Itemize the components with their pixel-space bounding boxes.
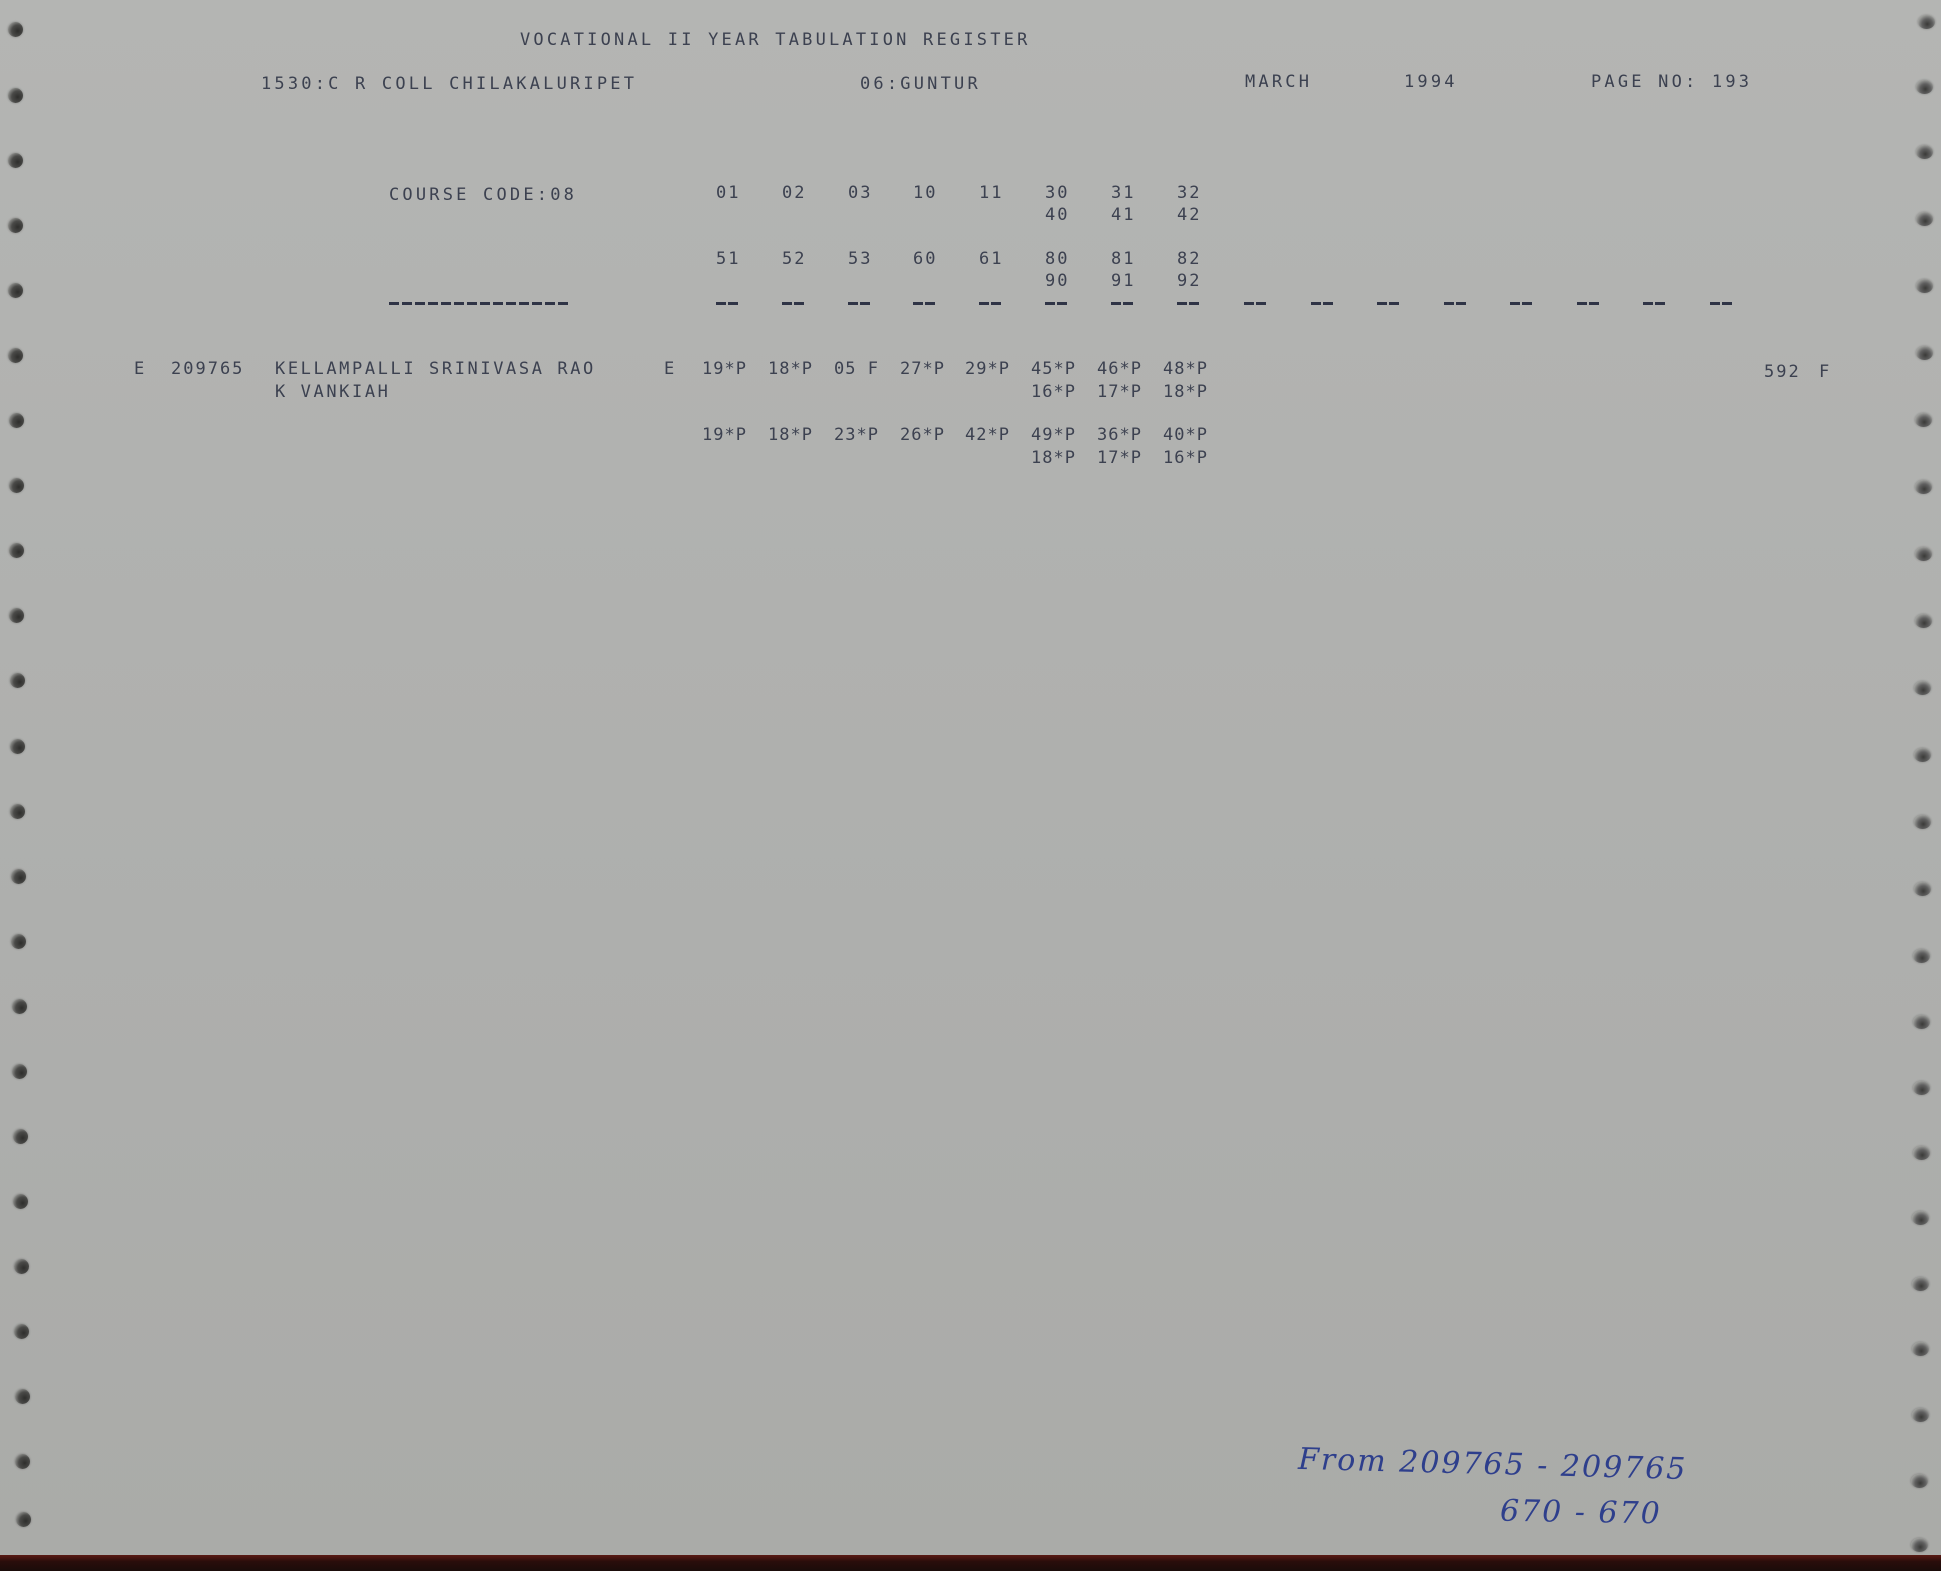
feed-hole-icon — [1911, 1538, 1928, 1552]
feed-hole-icon — [1915, 547, 1932, 561]
student-category: E — [134, 359, 147, 379]
feed-hole-icon — [1912, 1408, 1929, 1422]
subject-code: 40 — [1045, 205, 1069, 225]
feed-hole-icon — [15, 1389, 30, 1404]
feed-hole-icon — [9, 413, 24, 428]
subject-code: 61 — [979, 249, 1003, 269]
mark: 27*P — [900, 359, 945, 379]
subject-code: 42 — [1177, 205, 1201, 225]
subject-code: 52 — [782, 249, 806, 269]
mark: 40*P — [1163, 425, 1208, 445]
feed-hole-icon — [1916, 80, 1933, 94]
feed-hole-icon — [1913, 949, 1930, 963]
feed-hole-icon — [1916, 145, 1933, 159]
feed-hole-icon — [11, 869, 26, 884]
mark: 19*P — [702, 425, 747, 445]
subject-code: 01 — [716, 183, 740, 203]
feed-hole-icon — [1911, 1474, 1928, 1488]
subject-code: 03 — [848, 183, 872, 203]
feed-hole-icon — [1913, 1146, 1930, 1160]
feed-hole-icon — [13, 1129, 28, 1144]
feed-hole-icon — [9, 543, 24, 558]
medium: E — [664, 359, 677, 379]
mark: 29*P — [965, 359, 1010, 379]
feed-hole-icon — [9, 478, 24, 493]
subject-code: 91 — [1111, 271, 1135, 291]
subject-code: 90 — [1045, 271, 1069, 291]
mark: 18*P — [768, 425, 813, 445]
feed-hole-icon — [1914, 882, 1931, 896]
feed-hole-icon — [15, 1454, 30, 1469]
subject-code: 60 — [913, 249, 937, 269]
exam-month: MARCH — [1245, 72, 1312, 92]
feed-hole-icon — [10, 739, 25, 754]
subject-code: 81 — [1111, 249, 1135, 269]
mark: 45*P — [1031, 359, 1076, 379]
feed-hole-icon — [1915, 480, 1932, 494]
subject-code: 10 — [913, 183, 937, 203]
mark: 18*P — [1031, 448, 1076, 468]
feed-hole-icon — [8, 88, 23, 103]
mark: 16*P — [1031, 382, 1076, 402]
feed-hole-icon — [8, 153, 23, 168]
feed-hole-icon — [8, 22, 23, 37]
feed-hole-icon — [1915, 413, 1932, 427]
feed-hole-icon — [1916, 212, 1933, 226]
feed-hole-icon — [1912, 1277, 1929, 1291]
handwritten-count-range: 670 - 670 — [1500, 1494, 1662, 1532]
feed-hole-icon — [14, 1324, 29, 1339]
mark: 17*P — [1097, 448, 1142, 468]
mark: 23*P — [834, 425, 879, 445]
father-name: K VANKIAH — [275, 382, 391, 402]
subject-code: 53 — [848, 249, 872, 269]
subject-code: 32 — [1177, 183, 1201, 203]
subject-code: 41 — [1111, 205, 1135, 225]
mark: 18*P — [1163, 382, 1208, 402]
roll-number: 209765 — [171, 359, 244, 379]
mark: 36*P — [1097, 425, 1142, 445]
feed-hole-icon — [1914, 748, 1931, 762]
subject-code: 11 — [979, 183, 1003, 203]
table-surface-edge — [0, 1555, 1941, 1571]
mark: 42*P — [965, 425, 1010, 445]
feed-hole-icon — [8, 348, 23, 363]
feed-hole-icon — [1914, 681, 1931, 695]
feed-hole-icon — [12, 1064, 27, 1079]
register-title: VOCATIONAL II YEAR TABULATION REGISTER — [520, 30, 1031, 50]
feed-hole-icon — [1914, 815, 1931, 829]
mark: 05 F — [834, 359, 879, 379]
student-name: KELLAMPALLI SRINIVASA RAO — [275, 359, 596, 379]
course-code-label: COURSE CODE:08 — [389, 185, 577, 205]
subject-code: 92 — [1177, 271, 1201, 291]
feed-hole-icon — [1913, 1015, 1930, 1029]
feed-hole-icon — [12, 999, 27, 1014]
feed-hole-icon — [9, 608, 24, 623]
mark: 18*P — [768, 359, 813, 379]
feed-hole-icon — [8, 218, 23, 233]
subject-code: 30 — [1045, 183, 1069, 203]
mark: 16*P — [1163, 448, 1208, 468]
feed-hole-icon — [1918, 15, 1935, 29]
total-marks: 592 — [1764, 362, 1801, 382]
feed-hole-icon — [13, 1194, 28, 1209]
result-status: F — [1819, 362, 1832, 382]
subject-code: 80 — [1045, 249, 1069, 269]
feed-hole-icon — [8, 283, 23, 298]
feed-hole-icon — [1913, 1081, 1930, 1095]
feed-hole-icon — [14, 1259, 29, 1274]
district-name: 06:GUNTUR — [860, 74, 981, 94]
mark: 49*P — [1031, 425, 1076, 445]
exam-year: 1994 — [1404, 72, 1458, 92]
mark: 46*P — [1097, 359, 1142, 379]
feed-hole-icon — [1916, 346, 1933, 360]
feed-hole-icon — [1912, 1211, 1929, 1225]
mark: 48*P — [1163, 359, 1208, 379]
subject-code: 31 — [1111, 183, 1135, 203]
mark: 19*P — [702, 359, 747, 379]
feed-hole-icon — [10, 673, 25, 688]
feed-hole-icon — [10, 804, 25, 819]
college-name: 1530:C R COLL CHILAKALURIPET — [261, 74, 637, 94]
mark: 26*P — [900, 425, 945, 445]
printout-page: VOCATIONAL II YEAR TABULATION REGISTER 1… — [0, 0, 1941, 1555]
subject-code: 02 — [782, 183, 806, 203]
feed-hole-icon — [11, 934, 26, 949]
mark: 17*P — [1097, 382, 1142, 402]
feed-hole-icon — [1912, 1342, 1929, 1356]
subject-code: 51 — [716, 249, 740, 269]
feed-hole-icon — [1915, 614, 1932, 628]
page-number: PAGE NO: 193 — [1591, 72, 1752, 92]
feed-hole-icon — [1916, 279, 1933, 293]
feed-hole-icon — [16, 1512, 31, 1527]
subject-code: 82 — [1177, 249, 1201, 269]
handwritten-roll-range: From 209765 - 209765 — [1298, 1442, 1688, 1487]
